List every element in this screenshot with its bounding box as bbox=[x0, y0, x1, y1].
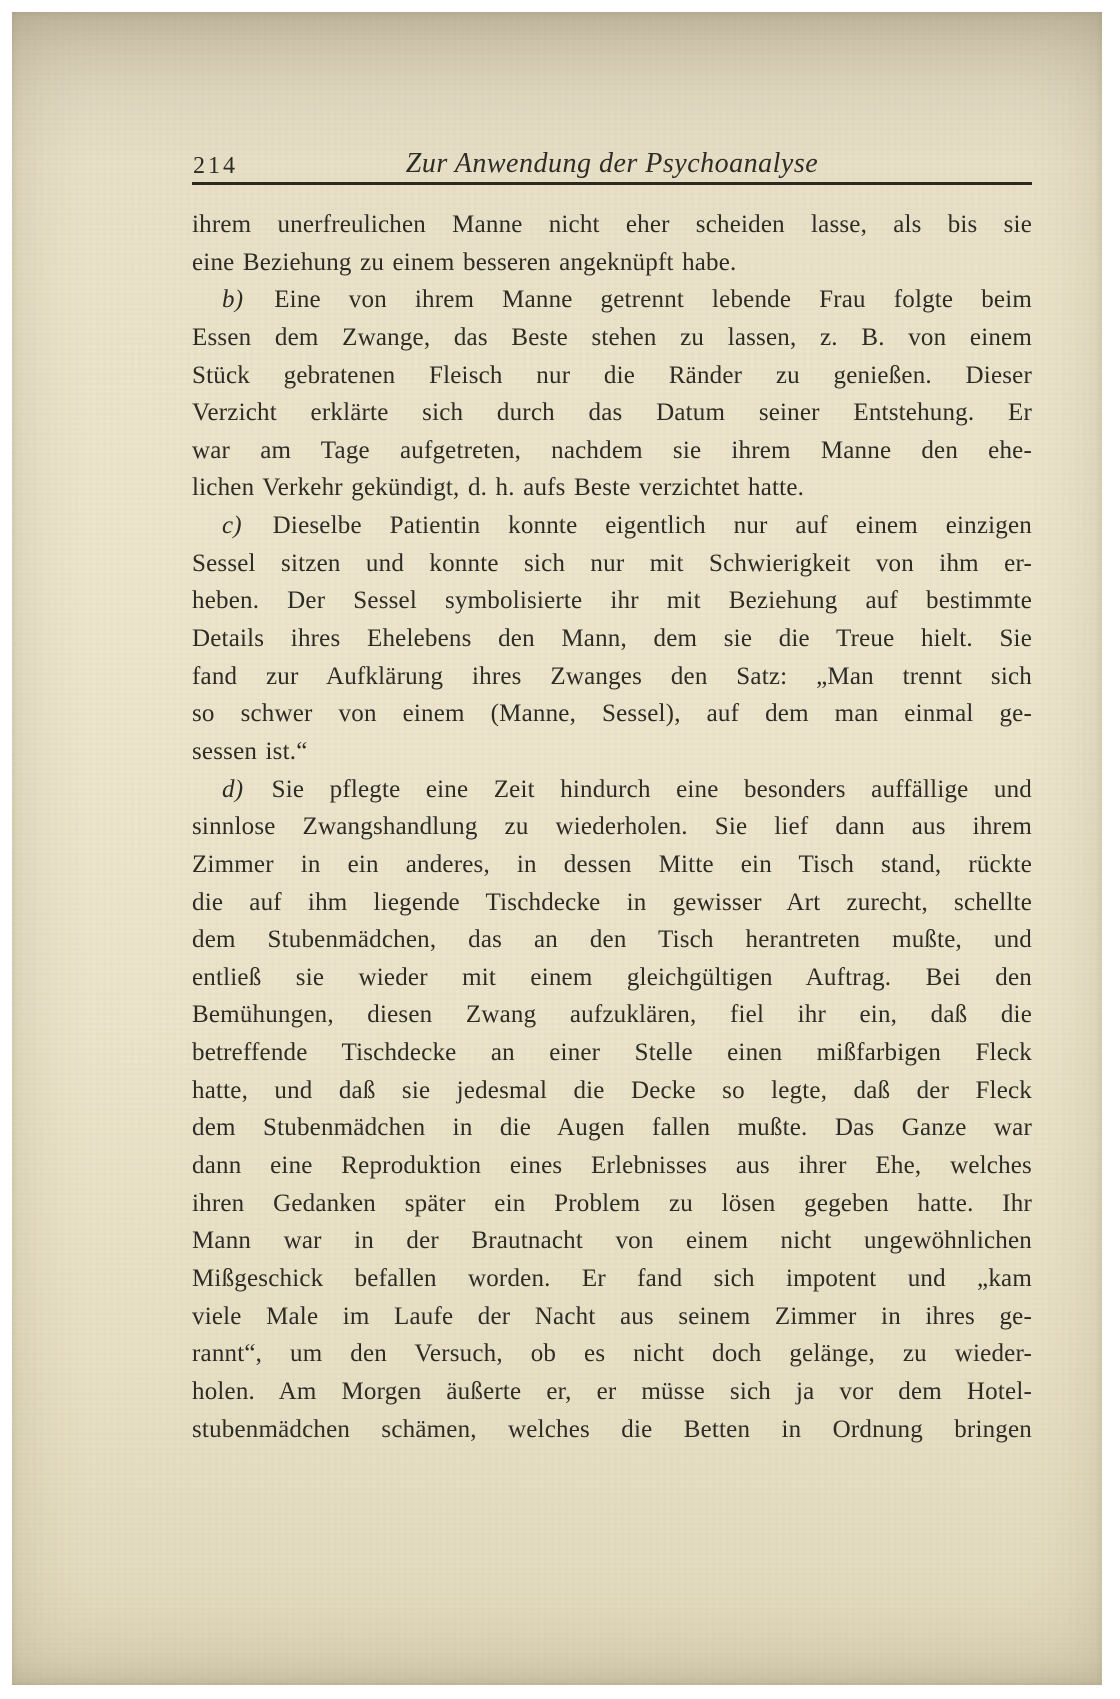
text-line: Mann war in der Brautnacht von einem nic… bbox=[192, 1222, 1032, 1260]
text-line: Details ihres Ehelebens den Mann, dem si… bbox=[192, 620, 1032, 658]
text-line: dann eine Reproduktion eines Erlebnisses… bbox=[192, 1147, 1032, 1185]
page-header: 214 Zur Anwendung der Psychoanalyse bbox=[192, 148, 1032, 185]
text-line: Stück gebratenen Fleisch nur die Ränder … bbox=[192, 357, 1032, 395]
text-line: war am Tage aufgetreten, nachdem sie ihr… bbox=[192, 432, 1032, 470]
text-line: dem Stubenmädchen, das an den Tisch hera… bbox=[192, 921, 1032, 959]
text-line: viele Male im Laufe der Nacht aus seinem… bbox=[192, 1298, 1032, 1336]
screenshot-root: { "page": { "number": "214", "running_ti… bbox=[0, 0, 1120, 1699]
text-line: eine Beziehung zu einem besseren angeknü… bbox=[192, 244, 1032, 282]
text-line: dem Stubenmädchen in die Augen fallen mu… bbox=[192, 1109, 1032, 1147]
paragraph-marker: c) bbox=[222, 512, 245, 539]
text-line: Bemühungen, diesen Zwang aufzuklären, fi… bbox=[192, 996, 1032, 1034]
paragraph-marker: b) bbox=[222, 286, 246, 313]
text-line: Zimmer in ein anderes, in dessen Mitte e… bbox=[192, 846, 1032, 884]
text-line: entließ sie wieder mit einem gleichgülti… bbox=[192, 959, 1032, 997]
text-line: Verzicht erklärte sich durch das Datum s… bbox=[192, 394, 1032, 432]
text-line: die auf ihm liegende Tischdecke in gewis… bbox=[192, 884, 1032, 922]
text-line: sinnlose Zwangshandlung zu wiederholen. … bbox=[192, 808, 1032, 846]
text-line: Sessel sitzen und konnte sich nur mit Sc… bbox=[192, 545, 1032, 583]
text-line: ihrem unerfreulichen Manne nicht eher sc… bbox=[192, 206, 1032, 244]
scanned-page: 214 Zur Anwendung der Psychoanalyse ihre… bbox=[12, 12, 1102, 1685]
text-line: c) Dieselbe Patientin konnte eigentlich … bbox=[192, 507, 1032, 545]
text-line: lichen Verkehr gekündigt, d. h. aufs Bes… bbox=[192, 469, 1032, 507]
text-line: hatte, und daß sie jedesmal die Decke so… bbox=[192, 1072, 1032, 1110]
text-line: d) Sie pflegte eine Zeit hindurch eine b… bbox=[192, 771, 1032, 809]
paragraph-marker: d) bbox=[222, 776, 246, 803]
running-title: Zur Anwendung der Psychoanalyse bbox=[192, 148, 1032, 180]
text-line: heben. Der Sessel symbolisierte ihr mit … bbox=[192, 582, 1032, 620]
text-line: Essen dem Zwange, das Beste stehen zu la… bbox=[192, 319, 1032, 357]
text-line: betreffende Tischdecke an einer Stelle e… bbox=[192, 1034, 1032, 1072]
body-text: ihrem unerfreulichen Manne nicht eher sc… bbox=[192, 206, 1032, 1448]
text-line: fand zur Aufklärung ihres Zwanges den Sa… bbox=[192, 658, 1032, 696]
text-line: sessen ist.“ bbox=[192, 733, 1032, 771]
text-line: b) Eine von ihrem Manne getrennt lebende… bbox=[192, 281, 1032, 319]
text-line: Mißgeschick befallen worden. Er fand sic… bbox=[192, 1260, 1032, 1298]
text-line: stubenmädchen schämen, welches die Bette… bbox=[192, 1411, 1032, 1449]
text-line: ihren Gedanken später ein Problem zu lös… bbox=[192, 1185, 1032, 1223]
text-line: rannt“, um den Versuch, ob es nicht doch… bbox=[192, 1335, 1032, 1373]
text-line: holen. Am Morgen äußerte er, er müsse si… bbox=[192, 1373, 1032, 1411]
